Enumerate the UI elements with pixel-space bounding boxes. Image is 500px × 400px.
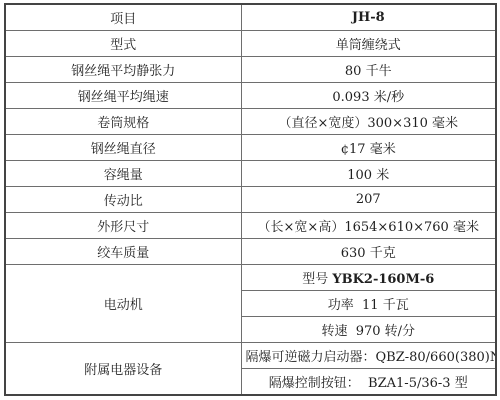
row-label: 外形尺寸 [5, 213, 241, 239]
spec-table: 项目 JH-8 型式 单筒缠绕式 钢丝绳平均静张力 80 千牛 钢丝绳平均绳速 … [4, 3, 497, 396]
accessory-button-cell: 隔爆控制按钮： BZA1-5/36-3 型 [241, 369, 496, 396]
header-value-cell: JH-8 [241, 4, 496, 31]
row-label: 钢丝绳直径 [5, 135, 241, 161]
row-label: 绞车质量 [5, 239, 241, 265]
row-label: 容绳量 [5, 161, 241, 187]
row-label: 卷筒规格 [5, 109, 241, 135]
row-label: 钢丝绳平均静张力 [5, 57, 241, 83]
table-row-header: 项目 JH-8 [5, 4, 496, 31]
row-value: 80 千牛 [241, 57, 496, 83]
table-row: 外形尺寸 （长×宽×高）1654×610×760 毫米 [5, 213, 496, 239]
table-row: 绞车质量 630 千克 [5, 239, 496, 265]
motor-model-value: YBK2-160M-6 [332, 272, 434, 287]
accessory-starter-cell: 隔爆可逆磁力启动器：QBZ-80/660(380)N 型 [241, 343, 496, 369]
motor-speed-cell: 转速 970 转/分 [241, 317, 496, 343]
table-row: 容绳量 100 米 [5, 161, 496, 187]
document-page: 项目 JH-8 型式 单筒缠绕式 钢丝绳平均静张力 80 千牛 钢丝绳平均绳速 … [0, 0, 500, 400]
row-value: 100 米 [241, 161, 496, 187]
row-label: 型式 [5, 31, 241, 57]
table-row-motor-model: 电动机 型号 YBK2-160M-6 [5, 265, 496, 291]
table-row: 钢丝绳平均绳速 0.093 米/秒 [5, 83, 496, 109]
motor-label-cell: 电动机 [5, 265, 241, 343]
row-value: ¢17 毫米 [241, 135, 496, 161]
accessories-label-cell: 附属电器设备 [5, 343, 241, 396]
row-value: 207 [241, 187, 496, 213]
row-value: （长×宽×高）1654×610×760 毫米 [241, 213, 496, 239]
row-value: 单筒缠绕式 [241, 31, 496, 57]
motor-model-prefix: 型号 [302, 272, 332, 287]
table-row-accessory-starter: 附属电器设备 隔爆可逆磁力启动器：QBZ-80/660(380)N 型 [5, 343, 496, 369]
table-row: 型式 单筒缠绕式 [5, 31, 496, 57]
table-row: 卷筒规格 （直径×宽度）300×310 毫米 [5, 109, 496, 135]
motor-model-cell: 型号 YBK2-160M-6 [241, 265, 496, 291]
table-row: 传动比 207 [5, 187, 496, 213]
row-label: 钢丝绳平均绳速 [5, 83, 241, 109]
table-row: 钢丝绳平均静张力 80 千牛 [5, 57, 496, 83]
row-value: 0.093 米/秒 [241, 83, 496, 109]
header-label-cell: 项目 [5, 4, 241, 31]
row-value: 630 千克 [241, 239, 496, 265]
motor-power-cell: 功率 11 千瓦 [241, 291, 496, 317]
row-value: （直径×宽度）300×310 毫米 [241, 109, 496, 135]
row-label: 传动比 [5, 187, 241, 213]
table-row: 钢丝绳直径 ¢17 毫米 [5, 135, 496, 161]
